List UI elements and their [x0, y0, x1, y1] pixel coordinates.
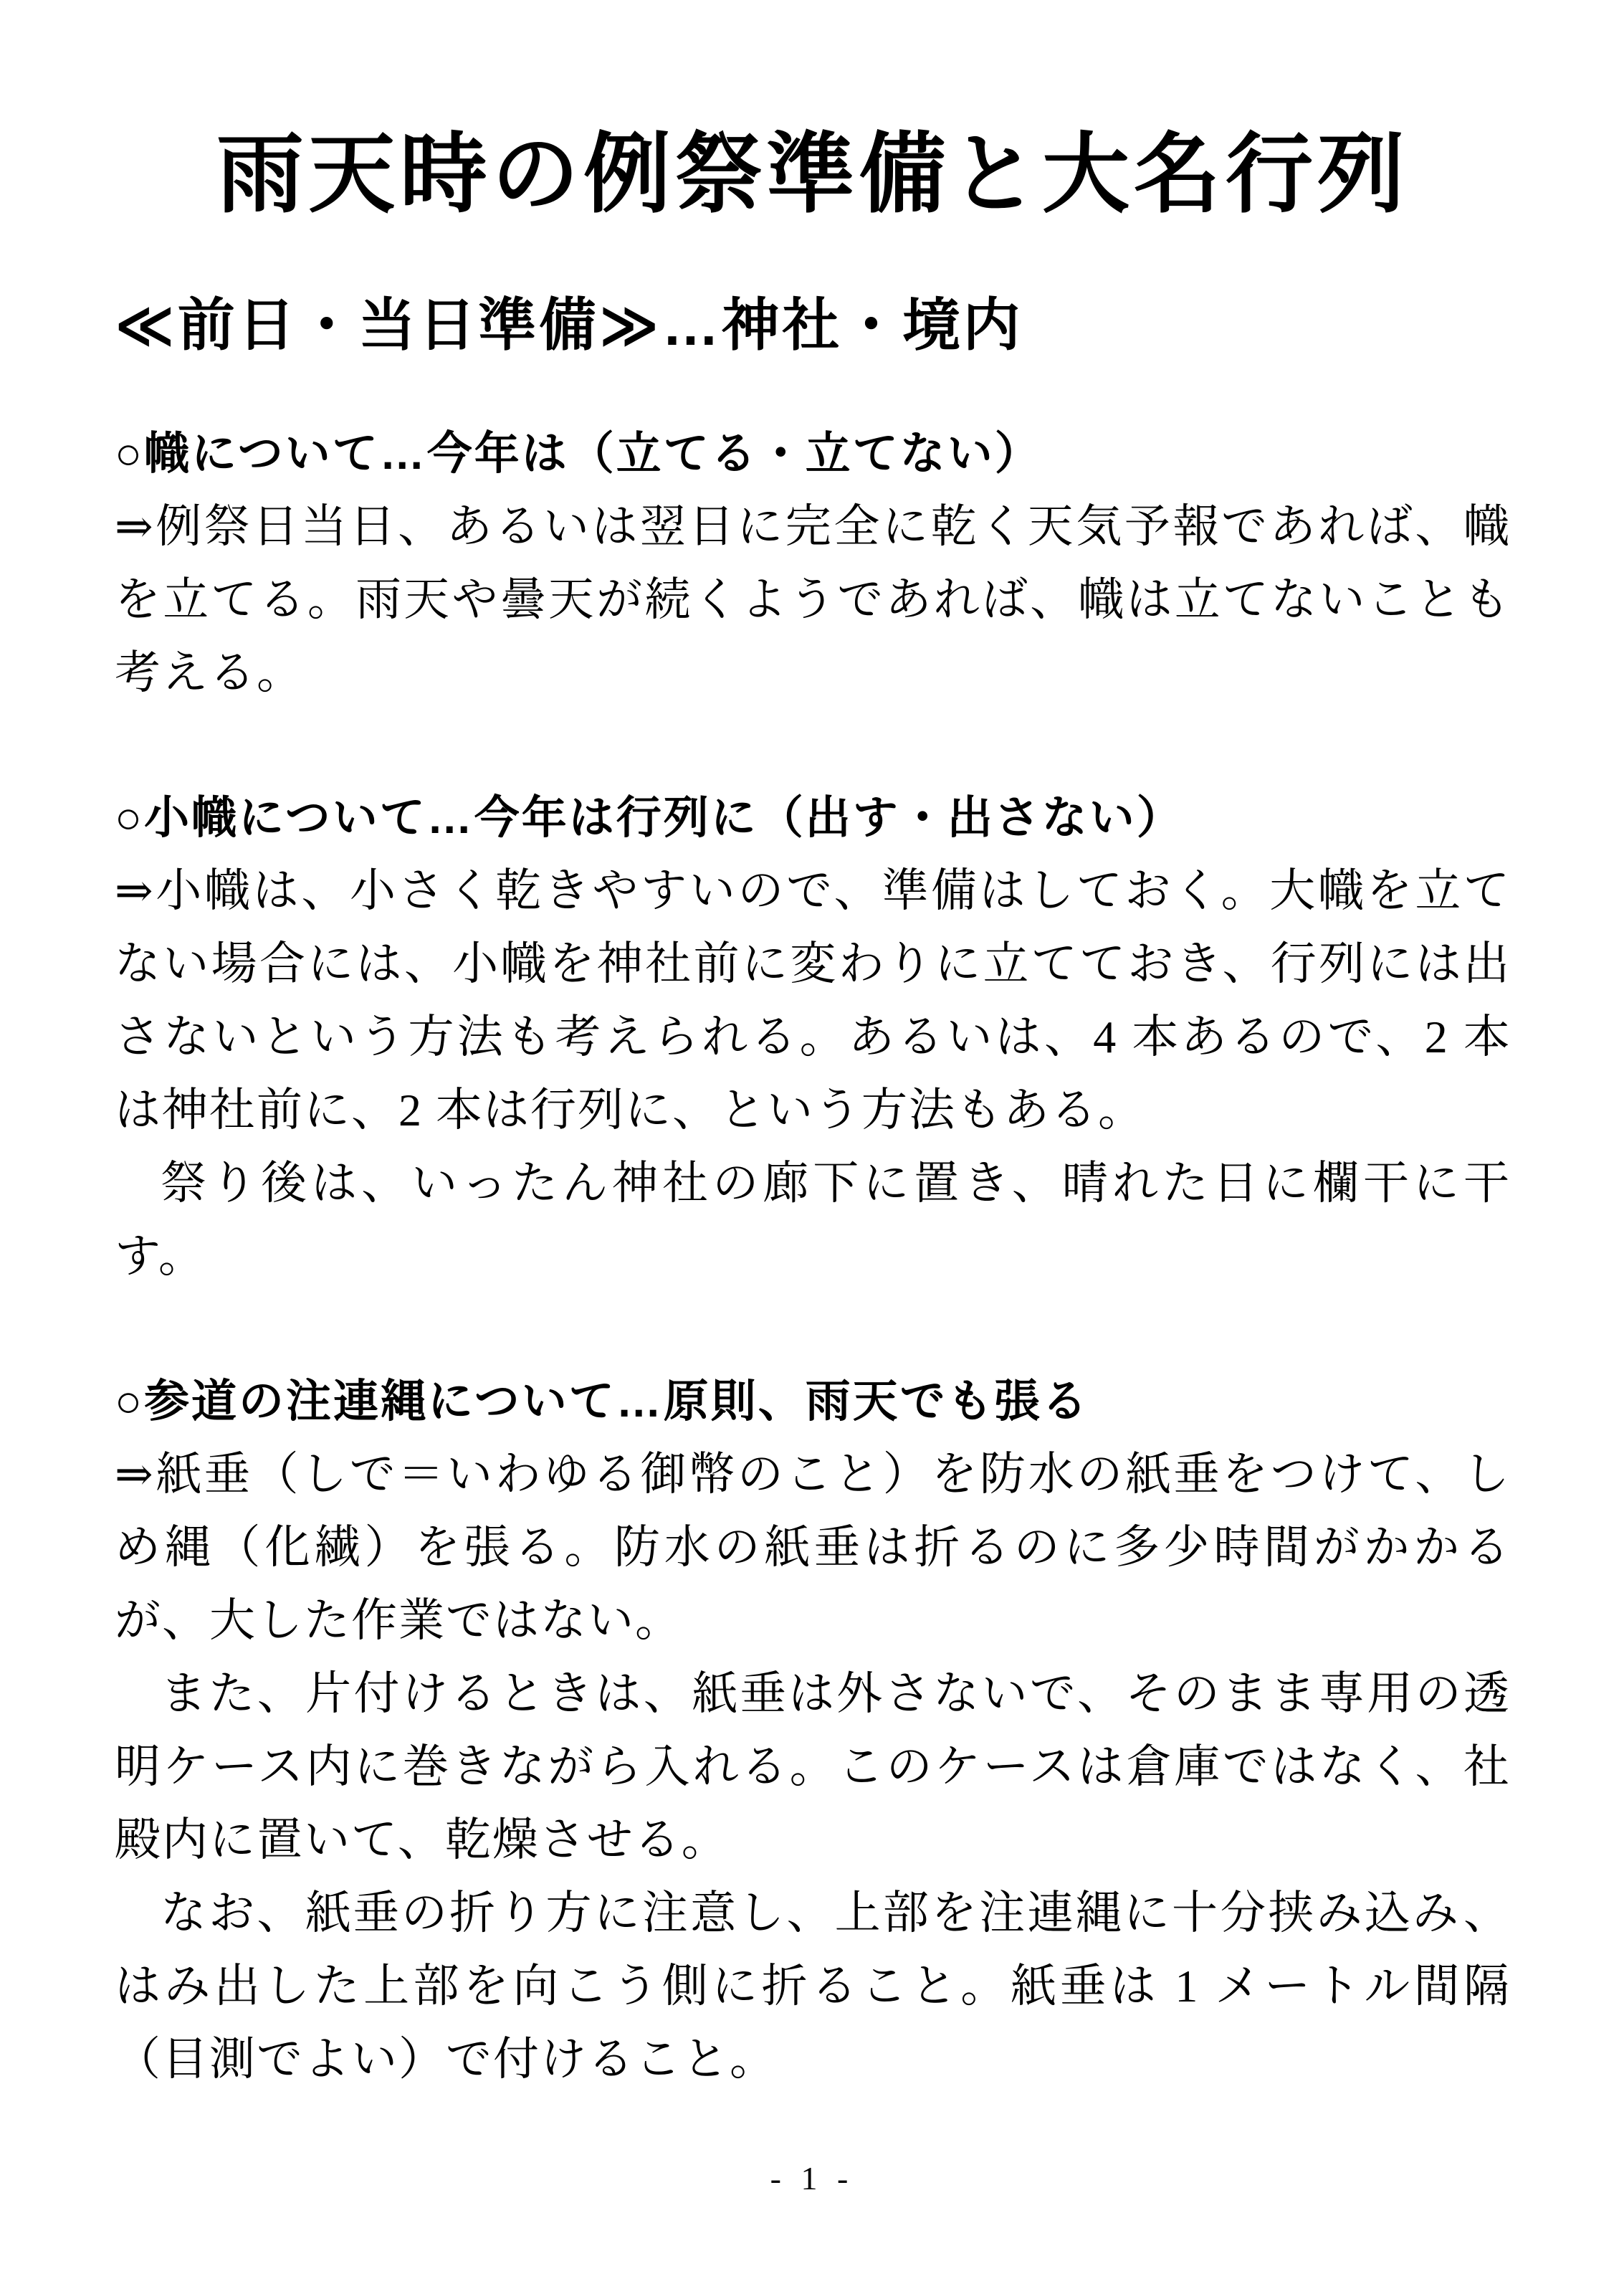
section-konobori: ○小幟について…今年は行列に（出す・出さない） ⇒小幟は、小さく乾きやすいので、… [115, 781, 1511, 1293]
subsection-heading-nobori: ○幟について…今年は（立てる・立てない） [115, 417, 1511, 490]
document-title: 雨天時の例祭準備と大名行列 [115, 122, 1511, 227]
paragraph-konobori-1: ⇒小幟は、小さく乾きやすいので、準備はしておく。大幟を立てない場合には、小幟を神… [115, 855, 1511, 1147]
subsection-heading-konobori: ○小幟について…今年は行列に（出す・出さない） [115, 781, 1511, 855]
section-shimenawa: ○参道の注連縄について…原則、雨天でも張る ⇒紙垂（しで＝いわゆる御幣のこと）を… [115, 1365, 1511, 2096]
paragraph-shimenawa-2: また、片付けるときは、紙垂は外さないで、そのまま専用の透明ケース内に巻きながら入… [115, 1657, 1511, 1877]
document-page: 雨天時の例祭準備と大名行列 ≪前日・当日準備≫…神社・境内 ○幟について…今年は… [0, 0, 1624, 2294]
paragraph-konobori-2: 祭り後は、いったん神社の廊下に置き、晴れた日に欄干に干す。 [115, 1147, 1511, 1293]
paragraph-shimenawa-3: なお、紙垂の折り方に注意し、上部を注連縄に十分挟み込み、はみ出した上部を向こう側… [115, 1877, 1511, 2096]
subsection-heading-shimenawa: ○参道の注連縄について…原則、雨天でも張る [115, 1365, 1511, 1438]
page-number: - 1 - [0, 2159, 1624, 2197]
paragraph-shimenawa-1: ⇒紙垂（しで＝いわゆる御幣のこと）を防水の紙垂をつけて、しめ縄（化繊）を張る。防… [115, 1438, 1511, 1657]
section-heading-preparation: ≪前日・当日準備≫…神社・境内 [115, 291, 1511, 360]
paragraph-nobori-1: ⇒例祭日当日、あるいは翌日に完全に乾く天気予報であれば、幟を立てる。雨天や曇天が… [115, 490, 1511, 710]
section-nobori: ○幟について…今年は（立てる・立てない） ⇒例祭日当日、あるいは翌日に完全に乾く… [115, 417, 1511, 710]
